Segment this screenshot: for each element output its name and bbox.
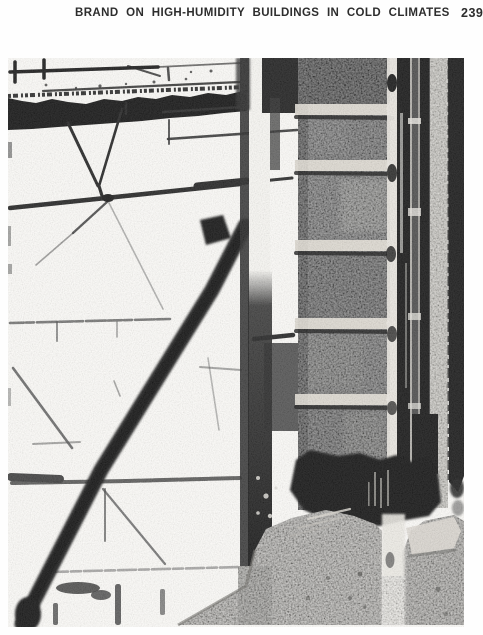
photo-canvas — [8, 58, 464, 627]
photo-grain-overlay — [8, 58, 464, 627]
page-number: 239 — [461, 6, 483, 20]
figure-photo — [8, 58, 464, 627]
running-title: BRAND ON HIGH-HUMIDITY BUILDINGS IN COLD… — [75, 7, 450, 19]
running-header: BRAND ON HIGH-HUMIDITY BUILDINGS IN COLD… — [0, 0, 483, 30]
